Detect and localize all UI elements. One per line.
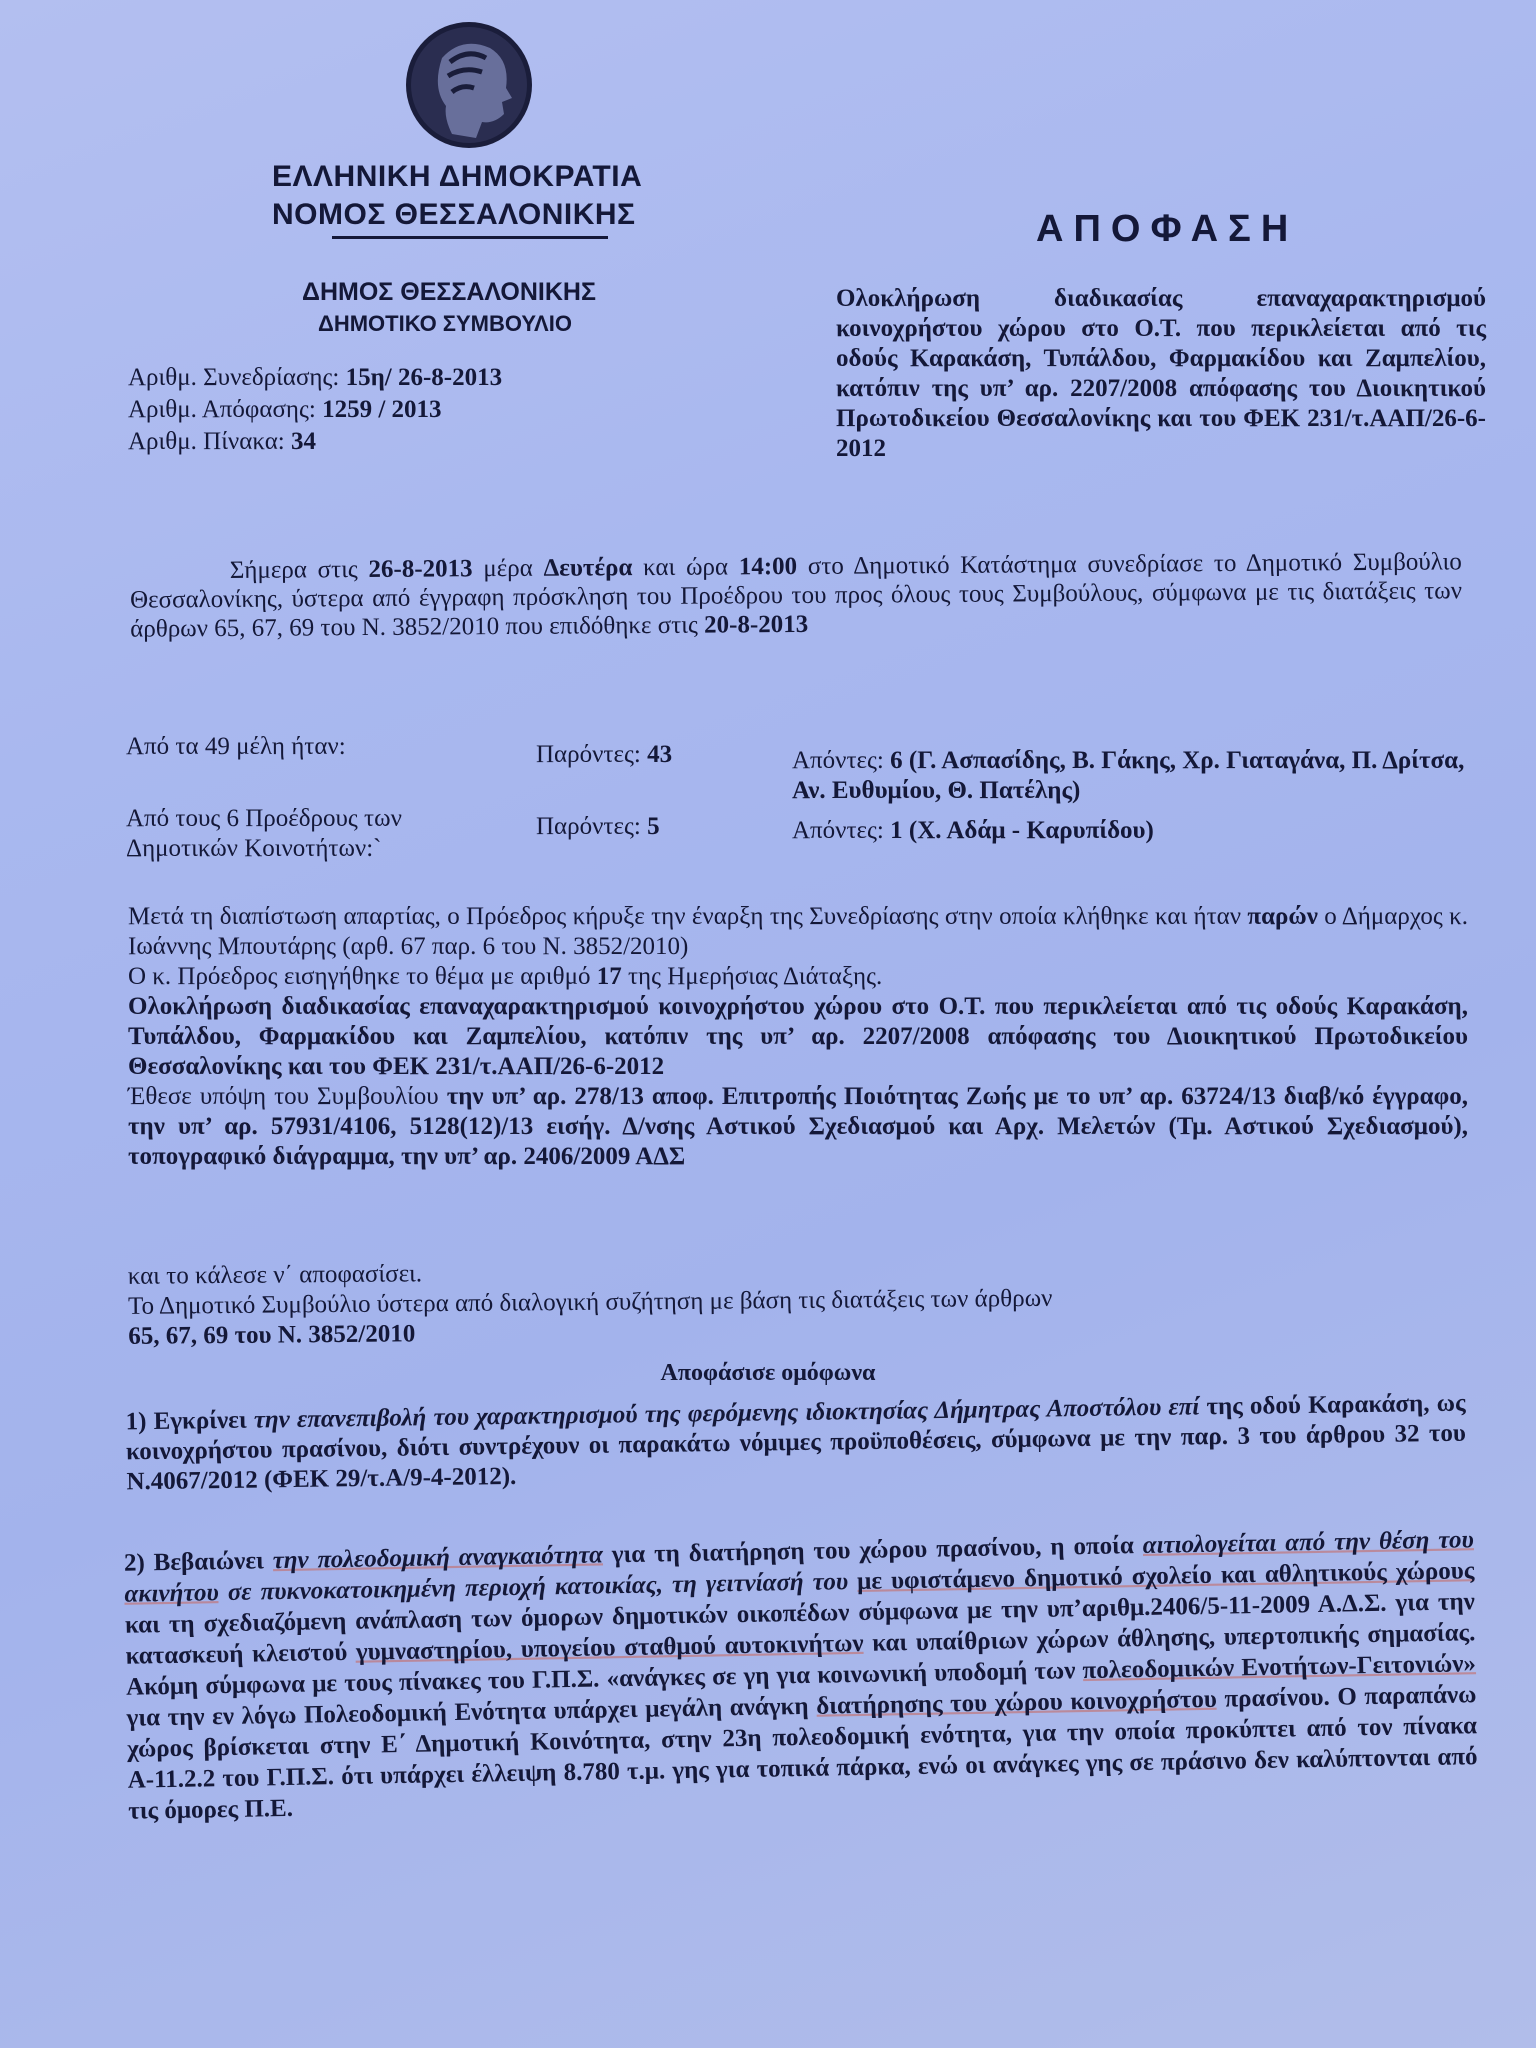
proceedings-body: Μετά τη διαπίστωση απαρτίας, ο Πρόεδρος … <box>128 902 1468 1172</box>
members-absent: Απόντες: 6 (Γ. Ασπασίδης, Β. Γάκης, Χρ. … <box>792 746 1492 806</box>
members-present: Παρόντες: 43 <box>536 740 672 770</box>
decision-item-2: 2) Βεβαιώνει την πολεοδομική αναγκαιότητ… <box>124 1524 1479 1827</box>
presidents-present: Παρόντες: 5 <box>536 812 660 842</box>
header-underline <box>332 236 608 239</box>
session-number: Αριθμ. Συνεδρίασης: 15η/ 26-8-2013 <box>128 362 502 394</box>
header-municipality: ΔΗΜΟΣ ΘΕΣΣΑΛΟΝΙΚΗΣ <box>302 278 596 307</box>
highlight: την πολεοδομική αναγκαιότητα <box>272 1541 603 1574</box>
quorum-paragraph: Μετά τη διαπίστωση απαρτίας, ο Πρόεδρος … <box>128 902 1468 962</box>
header-prefecture: ΝΟΜΟΣ ΘΕΣΣΑΛΟΝΙΚΗΣ <box>272 198 636 232</box>
highlight: πολεοδομικών Ενοτήτων-Γειτονιών» <box>1082 1650 1476 1684</box>
highlight: γυμναστηρίου, υπογείου σταθμού αυτοκινήτ… <box>356 1630 864 1666</box>
document-title: ΑΠΟΦΑΣΗ <box>1036 208 1298 251</box>
presidents-absent: Απόντες: 1 (Χ. Αδάμ - Καρυπίδου) <box>792 816 1154 846</box>
coin-emblem-icon <box>402 18 536 152</box>
highlight: διατήρησης του χώρου κοινοχρήστου <box>816 1686 1217 1720</box>
table-number: Αριθμ. Πίνακα: 34 <box>128 426 502 458</box>
header-republic: ΕΛΛΗΝΙΚΗ ΔΗΜΟΚΡΑΤΙΑ <box>272 160 642 194</box>
documents-paragraph: Έθεσε υπόψη του Συμβουλίου την υπ’ αρ. 2… <box>128 1082 1468 1172</box>
intro-paragraph: Σήμερα στις 26-8-2013 μέρα Δευτέρα και ώ… <box>130 547 1463 643</box>
decided-unanimously: Αποφάσισε ομόφωνα <box>0 1360 1536 1387</box>
deliberation-body: και το κάλεσε ν΄ αποφασίσει. Το Δημοτικό… <box>128 1250 1469 1352</box>
agenda-subject: Ολοκλήρωση διαδικασίας επαναχαρακτηρισμο… <box>128 992 1468 1082</box>
agenda-item-paragraph: Ο κ. Πρόεδρος εισηγήθηκε το θέμα με αριθ… <box>128 962 1468 992</box>
header-council: ΔΗΜΟΤΙΚΟ ΣΥΜΒΟΥΛΙΟ <box>318 311 572 337</box>
presidents-label: Από τους 6 Προέδρους των Δημοτικών Κοινο… <box>126 804 506 864</box>
decision-subject: Ολοκλήρωση διαδικασίας επαναχαρακτηρισμο… <box>836 284 1486 464</box>
decision-item-1: 1) Εγκρίνει την επανεπιβολή του χαρακτηρ… <box>125 1389 1466 1498</box>
document-meta: Αριθμ. Συνεδρίασης: 15η/ 26-8-2013 Αριθμ… <box>128 362 502 458</box>
members-label: Από τα 49 μέλη ήταν: <box>126 732 346 762</box>
decision-number: Αριθμ. Απόφασης: 1259 / 2013 <box>128 394 502 426</box>
